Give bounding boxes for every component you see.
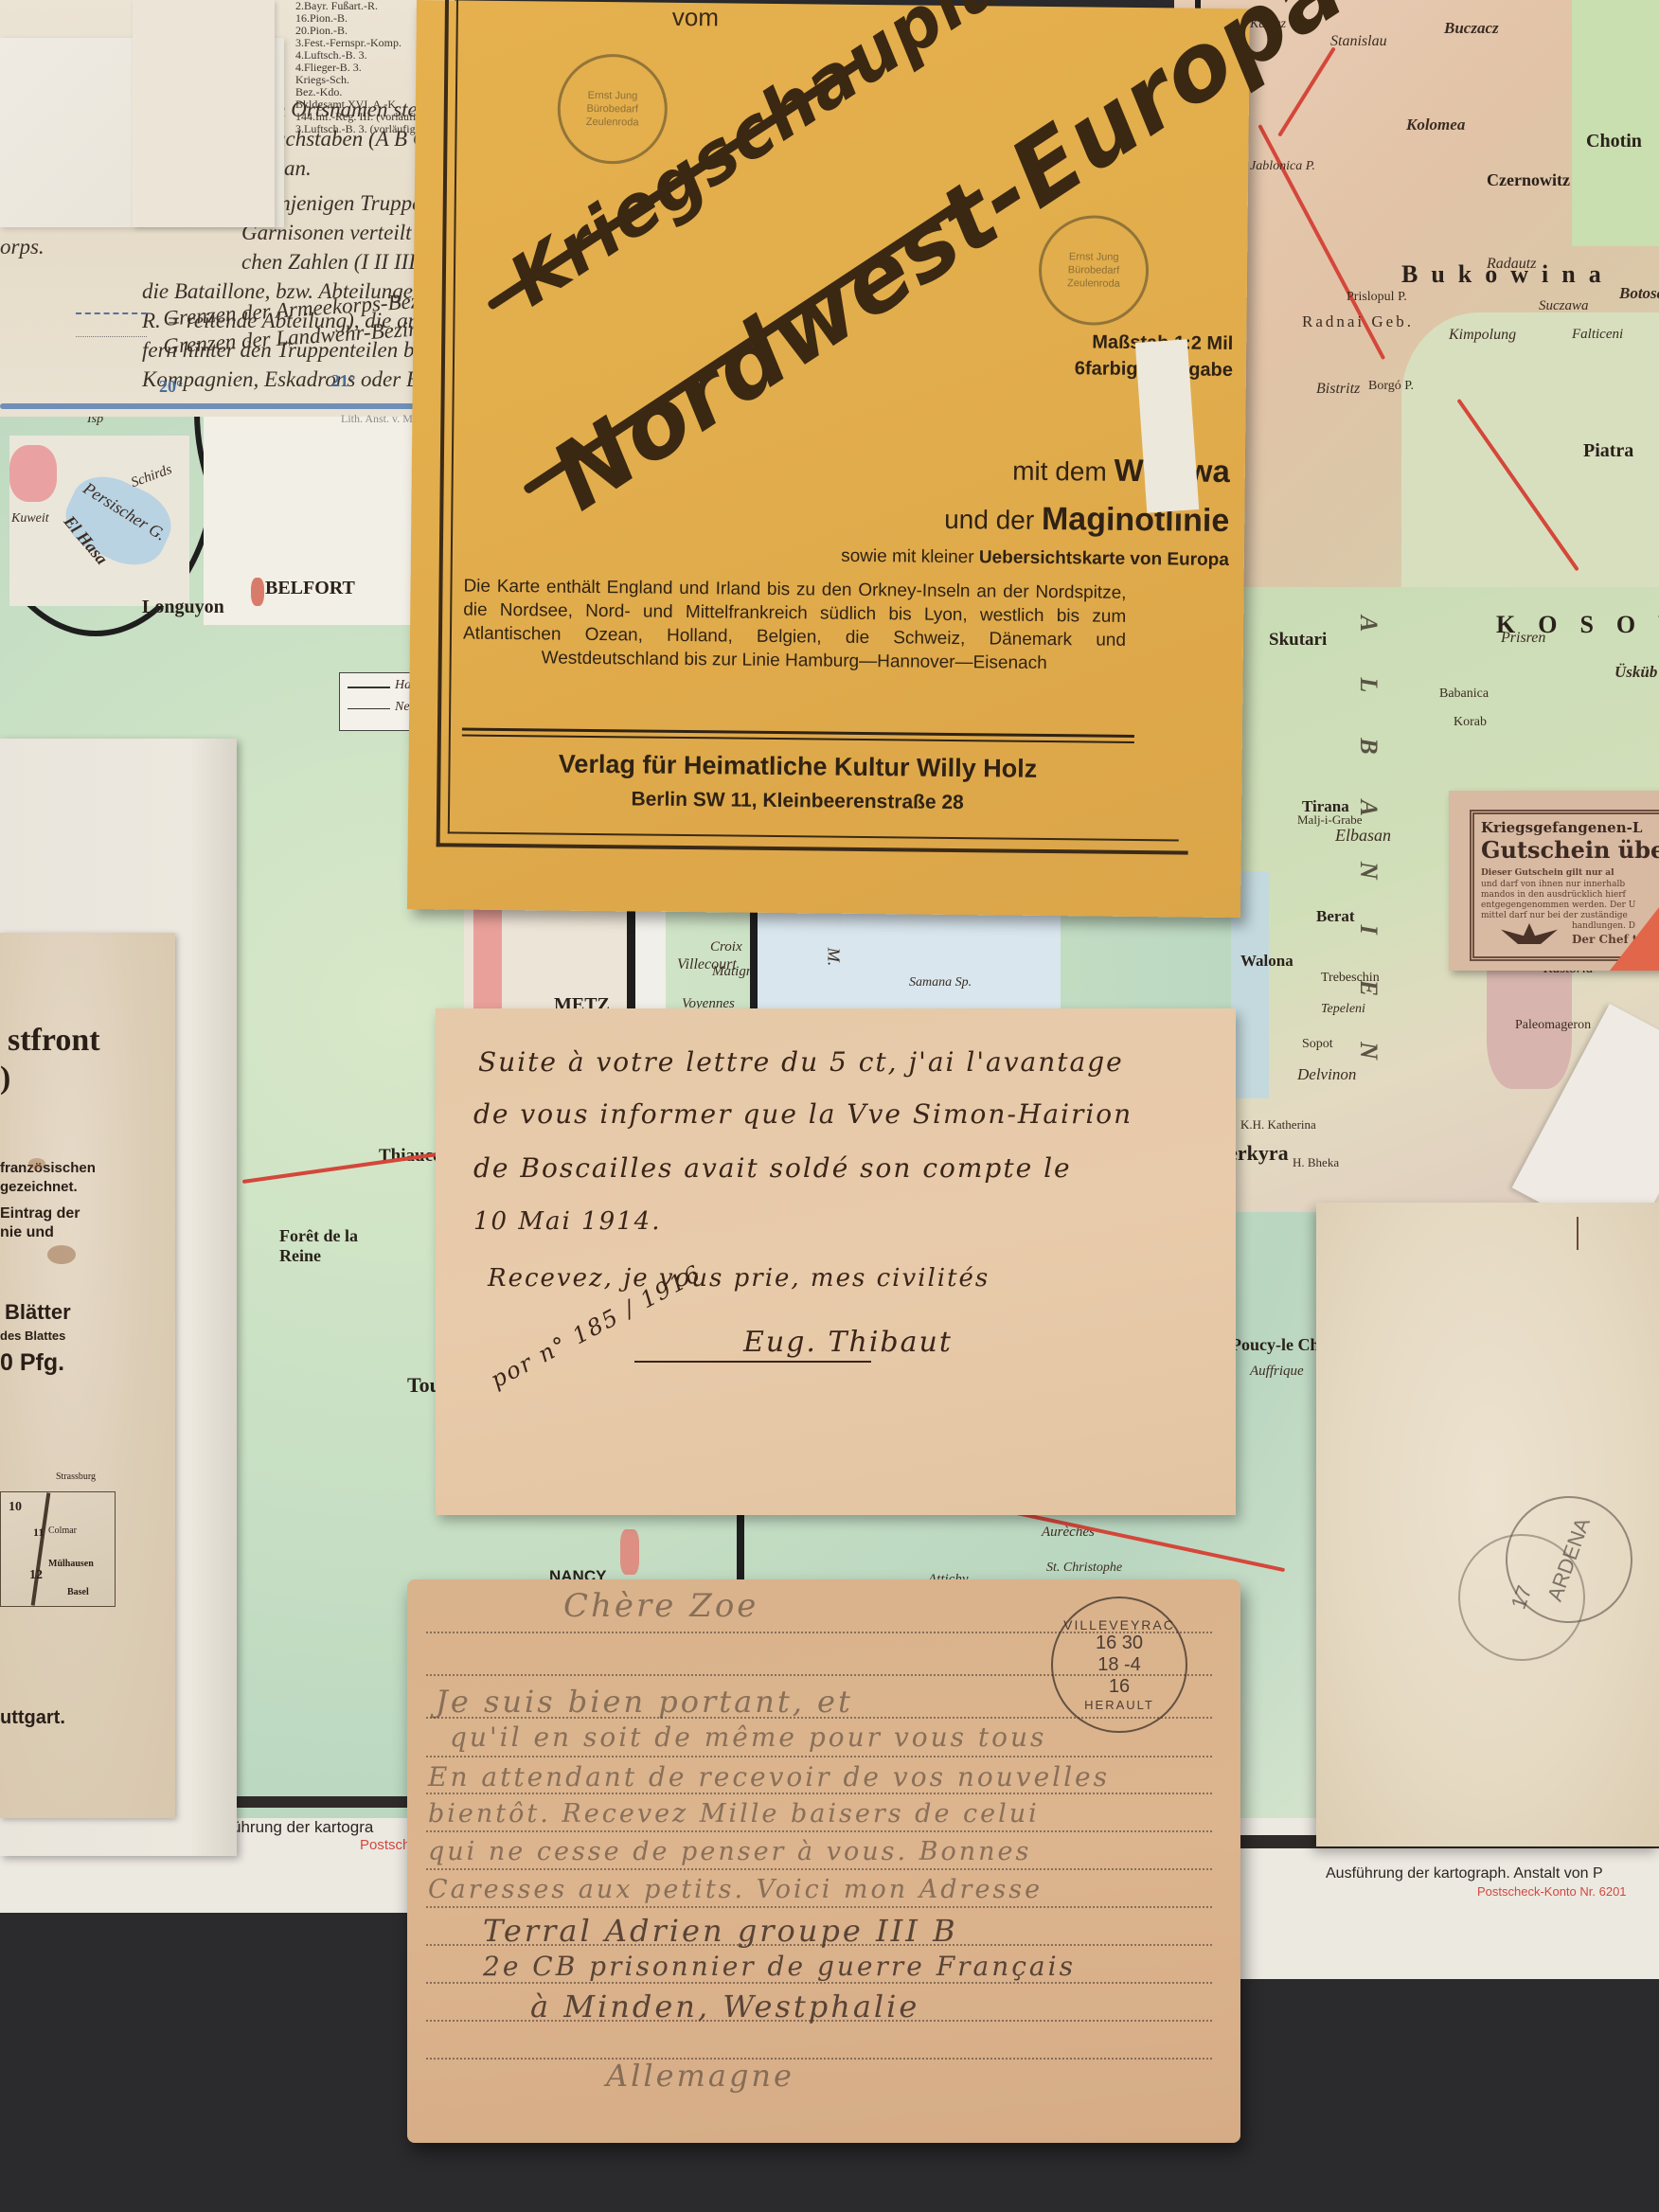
map-label-croix: Croix xyxy=(710,939,742,955)
postmark-time: 16 30 xyxy=(1096,1632,1143,1654)
subtitle-overview: Uebersichtskarte von Europa xyxy=(979,547,1229,570)
ruled-line xyxy=(426,1906,1212,1909)
map-label-suczawa: Suczawa xyxy=(1539,298,1589,314)
map-imprint-right-red: Postscheck-Konto Nr. 6201 xyxy=(1477,1884,1627,1899)
subtitle-prefix: mit dem xyxy=(1012,456,1107,487)
stamp-line: Zeulenroda xyxy=(586,116,639,130)
map-label-piatra: Piatra xyxy=(1583,440,1633,462)
french-business-letter[interactable]: Suite à votre lettre du 5 ct, j'ai l'ava… xyxy=(436,1008,1236,1515)
armeekorps-line-sample xyxy=(76,312,147,314)
map-label-radnai: Radnai Geb. xyxy=(1302,312,1414,331)
ruled-line xyxy=(426,1756,1212,1758)
signature-underline xyxy=(634,1361,871,1363)
sea-label-m: M. xyxy=(823,948,843,967)
map-label-bheka: H. Bheka xyxy=(1293,1155,1339,1170)
map-imprint-left-red: Postsch xyxy=(360,1837,410,1853)
pow-postcard[interactable]: Chère Zoe Je suis bien portant, et qu'il… xyxy=(407,1579,1240,2143)
postcard-address-name: Terral Adrien groupe III B xyxy=(483,1913,958,1949)
map-label-kuweit: Kuweit xyxy=(11,511,49,526)
westfront-inset-map: Strassburg 10 Colmar 11 Mülhausen 12 Bas… xyxy=(0,1491,116,1607)
westfront-line2: gezeichnet. xyxy=(0,1179,78,1195)
lith-credit: Lith. Anst. v. M xyxy=(341,412,413,426)
postcard-line-1: Je suis bien portant, et xyxy=(436,1684,853,1720)
map-label-borgo: Borgó P. xyxy=(1368,379,1414,394)
green-lowland-east xyxy=(1572,0,1659,246)
ruled-line xyxy=(426,2058,1212,2060)
map-label-paleomageron: Paleomageron xyxy=(1515,1018,1591,1033)
map-label-sopot: Sopot xyxy=(1302,1037,1333,1052)
map-label-foret: Forêt de la Reine xyxy=(279,1226,384,1266)
letter-closing: Recevez, je vous prie, mes civilités xyxy=(488,1264,990,1293)
postcard-address-camp: à Minden, Westphalie xyxy=(530,1989,919,2025)
sea-label-samana: Samana Sp. xyxy=(909,975,972,990)
map-label-buczacz: Buczacz xyxy=(1444,19,1499,38)
korps-label: orps. xyxy=(0,232,45,261)
legend-line: Kompagnien, Eskadrons oder Batter xyxy=(142,365,455,394)
westfront-publisher-city: uttgart. xyxy=(0,1707,65,1729)
map-label-falticeni: Falticeni xyxy=(1572,327,1623,343)
map-label-kolomea: Kolomea xyxy=(1406,116,1465,134)
legend-line: chen Zahlen (I II III) be xyxy=(142,247,455,276)
belfort-fortress xyxy=(251,578,264,606)
subtitle-prefix: und der xyxy=(944,505,1034,535)
map-label-radautz: Radautz xyxy=(1487,256,1536,273)
ruled-line xyxy=(426,1982,1212,1985)
stamp-line: Zeulenroda xyxy=(1067,276,1120,291)
ruled-line xyxy=(426,1793,1212,1795)
persian-gulf-red xyxy=(9,445,57,502)
inset-mulhausen: Mülhausen xyxy=(48,1559,94,1569)
map-label-katherina: K.H. Katherina xyxy=(1240,1117,1316,1133)
map-label-st-christophe: St. Christophe xyxy=(1046,1561,1122,1576)
stamp-line: Ernst Jung xyxy=(1069,250,1119,264)
map-label-chotin: Chotin xyxy=(1586,131,1642,152)
letter-line-4: 10 Mai 1914. xyxy=(473,1207,661,1236)
legend-line-main xyxy=(348,687,390,688)
postcard-address-country: Allemagne xyxy=(606,2058,794,2094)
letter-line-1: Suite à votre lettre du 5 ct, j'ai l'ava… xyxy=(478,1046,1124,1078)
map-label-albanien: Albanien xyxy=(1354,615,1382,1105)
villeveyrac-postmark: VILLEVEYRAC 16 30 18 -4 16 HERAULT xyxy=(1051,1597,1187,1733)
letter-line-3: de Boscailles avait soldé son compte le xyxy=(473,1152,1072,1184)
voucher-red-triangle xyxy=(1610,885,1659,971)
voucher-header: Kriegsgefangenen-L xyxy=(1481,819,1642,836)
inset-sheet-11: 11 xyxy=(33,1525,44,1540)
voucher-fine-print: Dieser Gutschein gilt nur al xyxy=(1481,868,1614,879)
legend-line-branch xyxy=(348,708,390,709)
postcard-line-4: bientôt. Recevez Mille baisers de celui xyxy=(428,1799,1040,1828)
dealer-stamp-2: Ernst Jung Bürobedarf Zeulenroda xyxy=(1038,215,1149,326)
westfront-title: stfront xyxy=(8,1023,100,1059)
landwehr-line-sample xyxy=(76,336,147,337)
nancy-marker xyxy=(620,1529,639,1575)
subtitle-maginot: Maginotlinie xyxy=(1042,501,1230,539)
envelope-tear xyxy=(1577,1217,1579,1250)
map-label-berat: Berat xyxy=(1316,907,1355,926)
booklet-subtitle-overview: sowie mit kleiner Uebersichtskarte von E… xyxy=(841,546,1229,571)
longitude-20: 20° xyxy=(159,377,183,397)
postmark-year: 16 xyxy=(1109,1676,1130,1698)
westfront-subtitle: ) xyxy=(0,1061,10,1097)
map-label-auffrique: Auffrique xyxy=(1250,1364,1304,1380)
westfront-line1: französischen xyxy=(0,1160,96,1176)
map-label-czernowitz: Czernowitz xyxy=(1487,170,1570,190)
westfront-per-sheet: des Blattes xyxy=(0,1329,65,1343)
westfront-sheets: Blätter xyxy=(5,1300,71,1325)
map-label-kimpolung: Kimpolung xyxy=(1449,327,1516,344)
letter-signature: Eug. Thibaut xyxy=(743,1326,953,1359)
inset-colmar: Colmar xyxy=(48,1525,77,1536)
folded-tissue-corner xyxy=(133,0,275,227)
map-label-bistritz: Bistritz xyxy=(1316,381,1360,398)
subtitle-prefix: sowie mit kleiner xyxy=(841,546,974,567)
postcard-address-unit: 2e CB prisonnier de guerre Français xyxy=(483,1951,1076,1982)
postmark-town: VILLEVEYRAC xyxy=(1063,1617,1175,1632)
inset-sheet-12: 12 xyxy=(29,1568,43,1583)
map-frame-blue-band xyxy=(0,403,445,409)
front-line-west xyxy=(242,1150,458,1184)
longitude-21: 21° xyxy=(331,371,355,391)
water-stain xyxy=(28,1158,45,1169)
map-label-korab: Korab xyxy=(1454,715,1487,730)
voucher-fine-print: mittel darf nur bei der zuständige xyxy=(1481,911,1628,921)
ruled-line xyxy=(426,1868,1212,1871)
booklet-vom: vom xyxy=(672,3,719,33)
stamp-line: Bürobedarf xyxy=(587,102,639,116)
letter-line-2: de vous informer que la Vve Simon-Hairio… xyxy=(473,1098,1133,1130)
map-label-uskub: Üsküb xyxy=(1614,663,1657,682)
water-stain xyxy=(47,1245,76,1264)
booklet-description: Die Karte enthält England und Irland bis… xyxy=(463,575,1127,676)
envelope-postmark-year: 17 xyxy=(1507,1582,1538,1613)
stamp-line: Bürobedarf xyxy=(1068,263,1120,277)
map-imprint-right: Ausführung der kartograph. Anstalt von P xyxy=(1326,1865,1603,1882)
postcard-line-3: En attendant de recevoir de vos nouvelle… xyxy=(428,1761,1110,1793)
postcard-line-6: Caresses aux petits. Voici mon Adresse xyxy=(428,1875,1043,1904)
westfront-map-booklet[interactable]: stfront ) französischen gezeichnet. Eint… xyxy=(0,933,175,1818)
map-label-malj-i-grabe: Malj-i-Grabe xyxy=(1297,812,1363,828)
map-label-belfort: BELFORT xyxy=(265,578,355,599)
inset-basel: Basel xyxy=(67,1587,89,1597)
map-label-jablonica: Jablonica P. xyxy=(1250,159,1315,174)
map-label-delvinon: Delvinon xyxy=(1297,1065,1356,1084)
map-label-babanica: Babanica xyxy=(1439,687,1489,702)
map-bottom-border-left xyxy=(227,1796,417,1808)
postcard-salutation: Chère Zoe xyxy=(563,1587,758,1625)
westfront-price: 0 Pfg. xyxy=(0,1349,64,1377)
map-label-prisren: Prisren xyxy=(1501,630,1545,647)
inset-strassburg: Strassburg xyxy=(56,1472,96,1482)
voucher-fine-print: und darf von ihnen nur innerhalb xyxy=(1481,880,1625,890)
dealer-stamp-1: Ernst Jung Bürobedarf Zeulenroda xyxy=(557,54,668,165)
westfront-line3: Eintrag der xyxy=(0,1205,80,1222)
aged-envelope[interactable]: ARDENA 17 xyxy=(1316,1203,1659,1846)
map-label-botosani: Botosani xyxy=(1619,284,1659,303)
inset-sheet-10: 10 xyxy=(9,1500,22,1515)
nordwest-europa-map-booklet[interactable]: vom Kriegschauplatz in Nordwest-Europa E… xyxy=(407,0,1250,918)
westfront-line4: nie und xyxy=(0,1224,54,1241)
stamp-line: Ernst Jung xyxy=(588,89,638,103)
map-imprint-left: ührung der kartogra xyxy=(232,1818,373,1837)
postcard-line-5: qui ne cesse de penser à vous. Bonnes xyxy=(428,1837,1031,1866)
booklet-subtitle-westwall: mit dem Westwa xyxy=(1012,452,1230,490)
map-label-longuyon: Longuyon xyxy=(142,597,224,618)
voucher-title: Gutschein über xyxy=(1481,836,1659,864)
postcard-line-2: qu'il en soit de même pour vous tous xyxy=(450,1721,1046,1753)
map-label-skutari: Skutari xyxy=(1269,630,1327,651)
pow-camp-voucher[interactable]: Kriegsgefangenen-L Gutschein über Dieser… xyxy=(1449,791,1659,971)
postmark-date: 18 -4 xyxy=(1097,1654,1141,1676)
voucher-fine-print: mandos in den ausdrücklich hierf xyxy=(1481,890,1626,901)
postmark-department: HERAULT xyxy=(1084,1698,1154,1712)
map-label-poucy: Poucy-le Ch xyxy=(1231,1335,1320,1355)
map-label-walona: Walona xyxy=(1240,952,1293,971)
map-label-prislopul: Prislopul P. xyxy=(1347,290,1407,305)
ruled-line xyxy=(426,1830,1212,1833)
inset-border-line xyxy=(31,1492,51,1605)
